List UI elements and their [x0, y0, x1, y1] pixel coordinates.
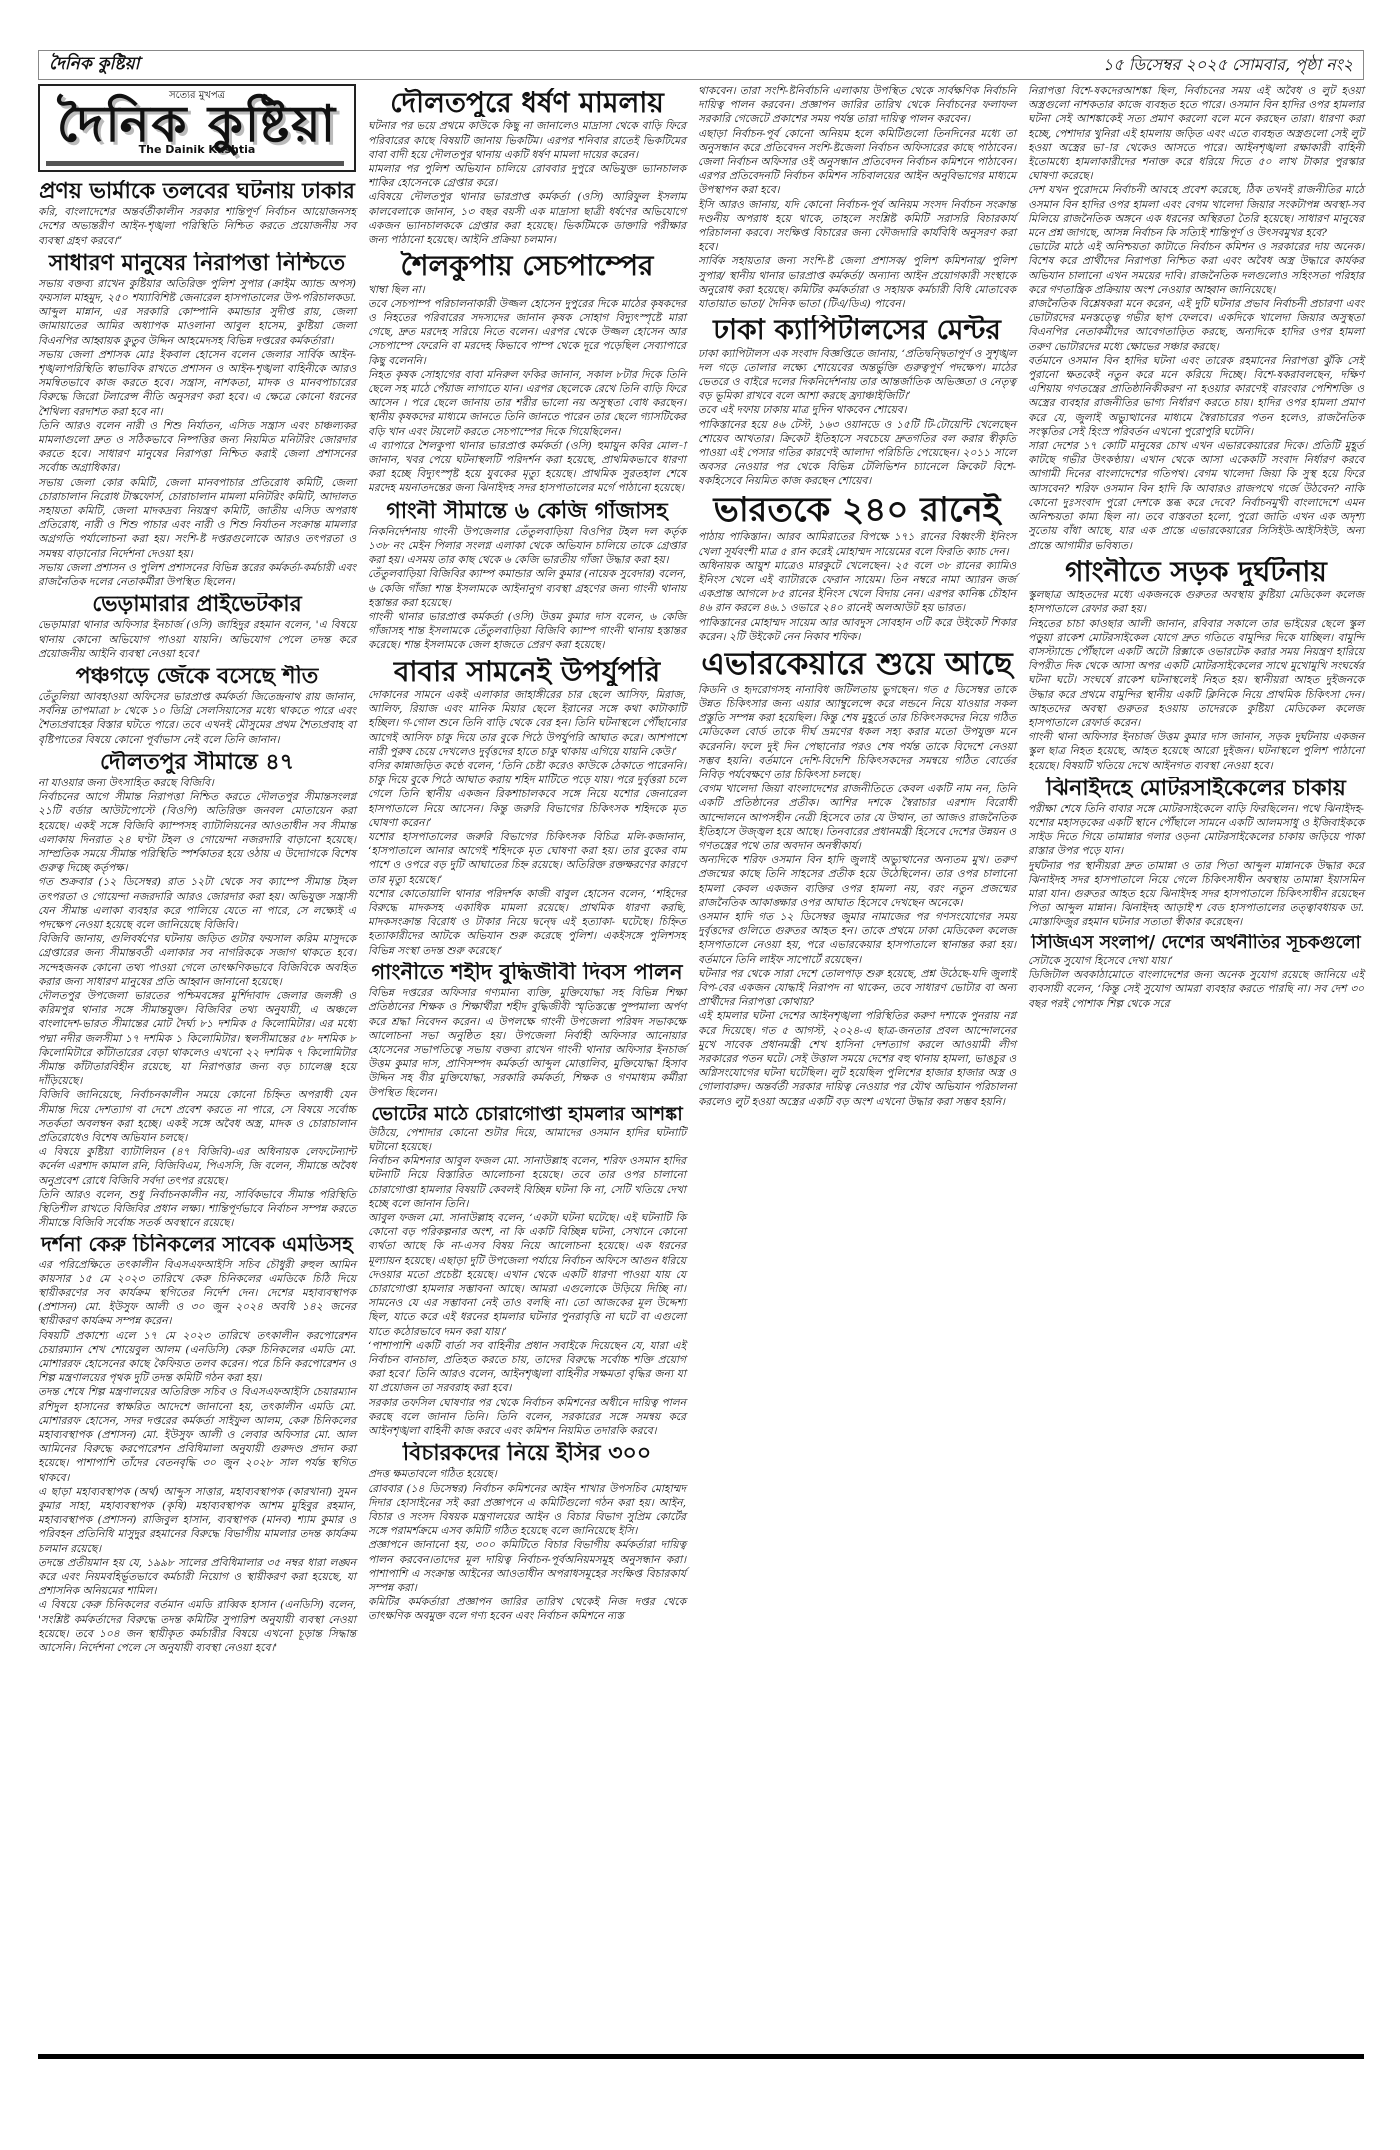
article-text: প্রদত্ত ক্ষমতাবলে গঠিত হয়েছে। — [368, 1467, 686, 1481]
article-text: এই হামলার ঘটনা দেশের আইনশৃঙ্খলা পরিস্থিত… — [698, 1009, 1016, 1108]
article-text: গাংনী থানা অফিসার ইনচার্জ উত্তম কুমার দা… — [1028, 730, 1364, 773]
article-text: ঘটনার পর থেকে সারা দেশে তোলপাড় শুরু হয়… — [698, 967, 1016, 1010]
article-text: তবে এই দফায় ঢাকায় মাত্র দুদিন থাকবেন শ… — [698, 403, 1016, 417]
article-text: রাজনৈতিক বিশ্লেষকরা মনে করেন, এই দুটি ঘট… — [1028, 297, 1364, 354]
headline[interactable]: গাংনী সীমান্তে ৬ কেজি গাঁজাসহ — [368, 500, 686, 523]
headline[interactable]: পঞ্চগড়ে জেঁকে বসেছে শীত — [38, 665, 356, 688]
article-text: অন্যদিকে শরিফ ওসমান বিন হাদি জুলাই অভ্যু… — [698, 853, 1016, 910]
article-text: এ বিষয়ে কেরু চিনিকলের বর্তমান এমডি রাব্… — [38, 1598, 356, 1655]
article-gangni-buddhijibi: গাংনীতে শহীদ বুদ্ধিজীবী দিবস পালন বিভিন্… — [368, 962, 686, 1100]
article-text: এ ছাড়া মহাব্যবস্থাপক (অর্থ) আব্দুস সাত্… — [38, 1485, 356, 1556]
article-text: সারা দেশের ১৭ কোটি মানুষের চোখ এখন এভারক… — [1028, 439, 1364, 553]
article-text: করি, বাংলাদেশের অন্তর্বর্তীকালীন সরকার শ… — [38, 205, 356, 248]
article-daulatpur-border: দৌলতপুর সীমান্তে ৪৭ না যাওয়ার জন্য উৎসা… — [38, 751, 356, 1231]
article-text: অধিনায়ক আয়ুশ মাত্রেও মারকুটে খেলেছেন। … — [698, 559, 1016, 616]
article-text: এবিষয়ে দৌলতপুর থানার ভারপ্রাপ্ত কর্মকর্… — [368, 190, 686, 247]
article-text: বর্তমানে ওসমান বিন হাদির ঘটনা এবং তারেক … — [1028, 354, 1364, 439]
article-text: বিজিবি জানায়, গুলিবর্ষণের ঘটনায় জড়িত … — [38, 932, 356, 989]
article-text: তদন্তে প্রতীয়মান হয় যে, ১৯৯৮ সালের প্র… — [38, 1556, 356, 1599]
article-text: পাকিস্তানের মোহাম্মদ সায়েম আর আবদুস সোব… — [698, 616, 1016, 644]
headline[interactable]: ঢাকা ক্যাপিটালসের মেন্টর — [698, 315, 1016, 344]
article-text: উঠিয়ে, পেশাদার কোনো শুটার দিয়ে, আমাদের… — [368, 1126, 686, 1154]
article-text: ওসমান হাদি গত ১২ ডিসেম্বর জুমার নামাজের … — [698, 910, 1016, 967]
article-text: খাম্বা ছিল না। — [368, 283, 686, 297]
article-cgs: সিজিএস সংলাপ/ দেশের অর্থনীতির সূচকগুলো স… — [1028, 934, 1364, 1011]
headline[interactable]: বাবার সামনেই উপর্যুপরি — [368, 657, 686, 686]
article-sadharon: সাধারণ মানুষের নিরাপত্তা নিশ্চিতে সভায় … — [38, 252, 356, 590]
headline[interactable]: শৈলকুপায় সেচপাম্পের — [368, 251, 686, 280]
article-text: ঢাকা ক্যাপিটালস এক সংবাদ বিজ্ঞপ্তিতে জান… — [698, 347, 1016, 404]
headline[interactable]: দৌলতপুরে ধর্ষণ মামলায় — [368, 88, 686, 117]
headline[interactable]: এভারকেয়ারে শুয়ে আছে — [698, 648, 1016, 681]
article-text: সেটাকে সুযোগ হিসেবে দেখা যায়।’ — [1028, 954, 1364, 968]
headline[interactable]: গাংনীতে শহীদ বুদ্ধিজীবী দিবস পালন — [368, 962, 686, 984]
headline[interactable]: ঝিনাইদহে মোটরসাইকেলের চাকায় — [1028, 777, 1364, 800]
page-header: দৈনিক কুষ্টিয়া ১৫ ডিসেম্বর ২০২৫ সোমবার,… — [38, 50, 1364, 80]
article-text: নিকনির্দেশনায় গাংনী উপজেলার তেঁতুলবাড়ি… — [368, 525, 686, 568]
article-darshana: দর্শনা কেরু চিনিকলের সাবেক এমডিসহ এর পরি… — [38, 1234, 356, 1655]
headline[interactable]: দর্শনা কেরু চিনিকলের সাবেক এমডিসহ — [38, 1234, 356, 1255]
article-text: মামলার পর পুলিশ অভিযান চালিয়ে রোববার দু… — [368, 162, 686, 190]
article-dhaka-capitals: ঢাকা ক্যাপিটালসের মেন্টর ঢাকা ক্যাপিটালস… — [698, 315, 1016, 488]
article-text: এ ব্যাপারে শৈলকুপা থানার ভারপ্রাপ্ত কর্ম… — [368, 439, 686, 496]
article-text: থাকবেন। তারা সংশি-ষ্টনির্বাচনি এলাকায় উ… — [698, 84, 1016, 127]
headline[interactable]: ভেড়ামারার প্রাইভেটকার — [38, 593, 356, 616]
article-shailkupa: শৈলকুপায় সেচপাম্পের খাম্বা ছিল না। তবে … — [368, 251, 686, 495]
article-text: সভায় জেলা প্রশাসন ও পুলিশ প্রশাসনের বিভ… — [38, 561, 356, 589]
article-text: রোববার (১৪ ডিসেম্বর) নির্বাচন কমিশনের আই… — [368, 1482, 686, 1539]
article-text: বেগম খালেদা জিয়া বাংলাদেশের রাজনীতিতে ক… — [698, 782, 1016, 853]
newspaper-page: সত্যের মুখপত্র দৈনিক কুষ্টিয়া The Daini… — [38, 84, 1366, 2054]
headline[interactable]: প্রণয় ভার্মাকে তলবের ঘটনায় ঢাকার — [38, 180, 356, 203]
article-evercare: এভারকেয়ারে শুয়ে আছে কিডনি ও হৃদরোগসহ ন… — [698, 648, 1016, 1109]
column-2: দৌলতপুরে ধর্ষণ মামলায় ঘটনার পর ভয়ে প্র… — [368, 84, 686, 1624]
article-voter: ভোটের মাঠে চোরাগোপ্তা হামলার আশঙ্কা উঠিয… — [368, 1104, 686, 1439]
article-pranay: প্রণয় ভার্মাকে তলবের ঘটনায় ঢাকার করি, … — [38, 180, 356, 248]
date-page-info: ১৫ ডিসেম্বর ২০২৫ সোমবার, পৃষ্ঠা নং২ — [1103, 52, 1353, 79]
article-text: দুর্ঘটনার পর স্থানীয়রা দ্রুত তামান্না ও… — [1028, 859, 1364, 930]
column-1: সত্যের মুখপত্র দৈনিক কুষ্টিয়া The Daini… — [38, 84, 356, 1655]
article-text: সার্বিক সহায়তার জন্য সংশি-ষ্ট জেলা প্রশ… — [698, 254, 1016, 311]
article-ec-continued: থাকবেন। তারা সংশি-ষ্টনির্বাচনি এলাকায় উ… — [698, 84, 1016, 311]
article-text: এ বিষয়ে কুষ্টিয়া ব্যাটালিয়ন (৪৭ বিজিব… — [38, 1145, 356, 1188]
article-text: এছাড়া নির্বাচন-পূর্ব কোনো অনিয়ম হলে কম… — [698, 127, 1016, 198]
article-text: তেঁতুলবাড়িয়া বিজিবির ক্যাম্প কমান্ডার … — [368, 567, 686, 610]
article-text: বিজিবি জানিয়েছে, নির্বাচনকালীন সময়ে কো… — [38, 1088, 356, 1145]
article-text: পাঠায় পাকিস্তান। আরব আমিরাতের বিপক্ষে ১… — [698, 530, 1016, 558]
article-text: ঘটনার পর ভয়ে প্রথমে কাউকে কিছু না জানাল… — [368, 119, 686, 162]
article-text: ভেড়ামারা থানার অফিসার ইনচার্জ (ওসি) জাহ… — [38, 618, 356, 661]
article-text: গাংনী থানার ভারপ্রাপ্ত কর্মকর্তা (ওসি) উ… — [368, 610, 686, 653]
headline[interactable]: ভারতকে ২৪০ রানেই — [698, 493, 1016, 529]
article-text: বিভিন্ন দপ্তরের অফিসার গণ্যমান্য ব্যক্তি… — [368, 986, 686, 1100]
headline[interactable]: সাধারণ মানুষের নিরাপত্তা নিশ্চিতে — [38, 252, 356, 275]
column-3: থাকবেন। তারা সংশি-ষ্টনির্বাচনি এলাকায় উ… — [698, 84, 1016, 1109]
page-bottom-rule — [38, 2054, 1364, 2059]
column-4: নিরাপত্তা বিশে-ষকদেরআশঙ্কা ছিল, নির্বাচন… — [1028, 84, 1364, 1011]
article-text: ‘পাশাপাশি একটি বার্তা সব বাহিনীর প্রধান … — [368, 1339, 686, 1396]
article-text: সরকার তফসিল ঘোষণার পর থেকে নির্বাচন কমিশ… — [368, 1396, 686, 1439]
article-text: তিনি আরও বলেন নারী ও শিশু নির্যাতন, এসিড… — [38, 419, 356, 476]
article-text: নিহত কৃষক সোহাগের বাবা মনিরুল ফকির জানান… — [368, 368, 686, 439]
article-text: কমিটির কর্মকর্তারা প্রজ্ঞাপন জারির তারিখ… — [368, 1595, 686, 1623]
article-text: যশোর কোতোয়ালি থানার পরিদর্শক কাজী বাবুল… — [368, 887, 686, 958]
article-text: তদন্ত শেষে শিল্প মন্ত্রণালয়ের অতিরিক্ত … — [38, 1385, 356, 1484]
article-text: দোকানের সামনে একই এলাকার জাহাঙ্গীরের চার… — [368, 688, 686, 759]
article-text: পাকিস্তানের হয়ে ৪৬ টেস্ট, ১৬৩ ওয়ানডে ও… — [698, 418, 1016, 489]
article-jhenaidah: ঝিনাইদহে মোটরসাইকেলের চাকায় পরীক্ষা শেষ… — [1028, 777, 1364, 930]
article-text: দৌলতপুর উপজেলা ভারতের পশ্চিমবঙ্গের মুর্শ… — [38, 989, 356, 1088]
article-bicharok: বিচারকদের নিয়ে ইসির ৩০০ প্রদত্ত ক্ষমতাব… — [368, 1442, 686, 1623]
article-babar: বাবার সামনেই উপর্যুপরি দোকানের সামনে একই… — [368, 657, 686, 958]
article-text: বসির কান্নাজড়িত কণ্ঠে বলেন, ‘তিনি চেষ্ট… — [368, 759, 686, 830]
article-panchagarh: পঞ্চগড়ে জেঁকে বসেছে শীত তেঁতুলিয়া আবহা… — [38, 665, 356, 747]
article-text: আবুল ফজল মো. সানাউল্লাহ বলেন, ‘একটা ঘটনা… — [368, 1211, 686, 1339]
article-text: নিহতের চাচা কাওছার আলী জানান, রবিবার সকা… — [1028, 617, 1364, 731]
article-text: ডিজিটাল অবকাঠামোতে বাংলাদেশের জন্য অনেক … — [1028, 968, 1364, 1011]
article-text: বিষয়টি প্রকাশ্যে এলে ১৭ মে ২০২৩ তারিখে … — [38, 1329, 356, 1386]
article-bheramara: ভেড়ামারার প্রাইভেটকার ভেড়ামারা থানার অ… — [38, 593, 356, 661]
article-text: নিরাপত্তা বিশে-ষকদেরআশঙ্কা ছিল, নির্বাচন… — [1028, 84, 1364, 183]
masthead-rule — [46, 161, 344, 166]
headline[interactable]: সিজিএস সংলাপ/ দেশের অর্থনীতির সূচকগুলো — [1028, 934, 1364, 952]
headline[interactable]: বিচারকদের নিয়ে ইসির ৩০০ — [368, 1442, 686, 1465]
masthead: সত্যের মুখপত্র দৈনিক কুষ্টিয়া The Daini… — [38, 84, 356, 172]
headline[interactable]: দৌলতপুর সীমান্তে ৪৭ — [38, 751, 356, 774]
article-text: পরীক্ষা শেষে তিনি বাবার সঙ্গে মোটরসাইকেল… — [1028, 802, 1364, 859]
article-daulatpur-rape: দৌলতপুরে ধর্ষণ মামলায় ঘটনার পর ভয়ে প্র… — [368, 88, 686, 247]
article-text: কিডনি ও হৃদরোগসহ নানাবিধ জটিলতায় ভুগছেন… — [698, 683, 1016, 782]
article-text: নির্বাচন কমিশনার আবুল ফজল মো. সানাউল্লাহ… — [368, 1154, 686, 1211]
article-text: স্কুলছাত্র আহতদের মধ্যে একজনকে গুরুতর অব… — [1028, 588, 1364, 616]
article-text: যশোর হাসপাতালের জরুরি বিভাগের চিকিৎসক বি… — [368, 830, 686, 887]
paper-name: দৈনিক কুষ্টিয়া — [49, 51, 140, 79]
article-text: নির্বাচনের আগে সীমান্ত নিরাপত্তা নিশ্চিত… — [38, 790, 356, 875]
headline[interactable]: ভোটের মাঠে চোরাগোপ্তা হামলার আশঙ্কা — [368, 1104, 686, 1124]
article-text: প্রজ্ঞাপনে জানানো হয়, ৩০০ কমিটিতে বিচার… — [368, 1538, 686, 1595]
article-evercare-continued: নিরাপত্তা বিশে-ষকদেরআশঙ্কা ছিল, নির্বাচন… — [1028, 84, 1364, 553]
article-text: না যাওয়ার জন্য উৎসাহিত করছে বিজিবি। — [38, 776, 356, 790]
article-text: সভায় বক্তব্য রাখেন কুষ্টিয়ার অতিরিক্ত … — [38, 277, 356, 348]
article-text: সভায় জেলা কোর কমিটি, জেলা মানবপাচার প্র… — [38, 476, 356, 561]
article-text: সভায় জেলা প্রশাসক মোঃ ইকবাল হোসেন বলেন … — [38, 348, 356, 419]
article-gangni-accident: গাংনীতে সড়ক দুর্ঘটনায় স্কুলছাত্র আহতদে… — [1028, 557, 1364, 773]
article-text: তেঁতুলিয়া আবহাওয়া অফিসের ভারপ্রাপ্ত কর… — [38, 690, 356, 747]
article-text: ভোটের মাঠে এই অনিশ্চয়তা কাটাতে নির্বাচন… — [1028, 240, 1364, 297]
article-text: তিনি আরও বলেন, শুধু নির্বাচনকালীন নয়, স… — [38, 1188, 356, 1231]
article-text: দেশ যখন পুরোদমে নির্বাচনী আবহে প্রবেশ কর… — [1028, 183, 1364, 240]
article-text: গত শুক্রবার (১২ ডিসেম্বর) রাত ১২টা থেকে … — [38, 875, 356, 932]
article-gangni-ganja: গাংনী সীমান্তে ৬ কেজি গাঁজাসহ নিকনির্দেশ… — [368, 500, 686, 653]
headline[interactable]: গাংনীতে সড়ক দুর্ঘটনায় — [1028, 557, 1364, 586]
article-text: তবে সেচপাম্প পরিচালনাকারী উজ্জল হোসেন দু… — [368, 297, 686, 368]
article-text: এর পরিপ্রেক্ষিতে তৎকালীন বিএসএফআইসি সচিব… — [38, 1258, 356, 1329]
article-bharat240: ভারতকে ২৪০ রানেই পাঠায় পাকিস্তান। আরব আ… — [698, 493, 1016, 644]
masthead-english: The Dainik Kushtia — [40, 143, 354, 156]
article-text: ইসি আরও জানায়, যদি কোনো নির্বাচন-পূর্ব … — [698, 198, 1016, 255]
